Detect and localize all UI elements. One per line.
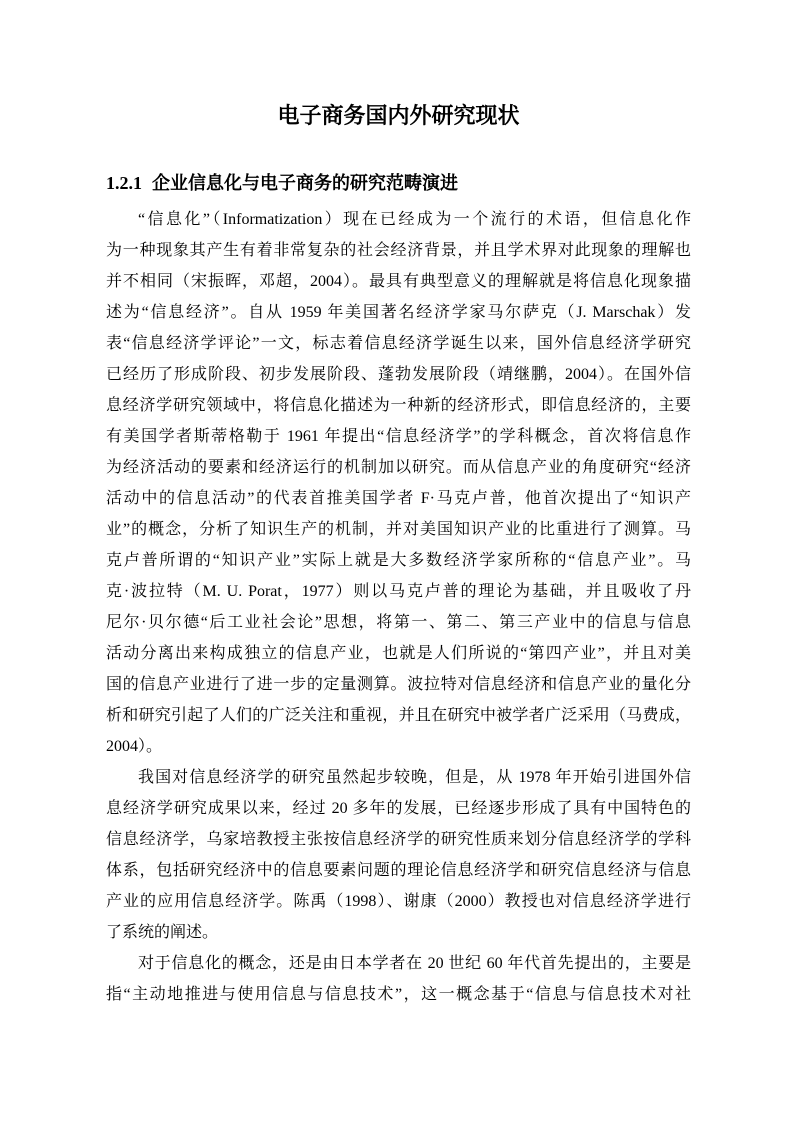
text-line: 并不相同（宋振晖，邓超，2004）。最具有典型意义的理解就是将信息化现象描 [106, 266, 691, 297]
text-line: 我国对信息经济学的研究虽然起步较晚，但是，从 1978 年开始引进国外信 [106, 762, 691, 793]
text-line: 信息经济学，乌家培教授主张按信息经济学的研究性质来划分信息经济学的学科 [106, 824, 691, 855]
text-line: 息经济学研究成果以来，经过 20 多年的发展，已经逐步形成了具有中国特色的 [106, 793, 691, 824]
text-line: “信息化”（Informatization）现在已经成为一个流行的术语，但信息化… [106, 204, 691, 235]
text-line: 活动分离出来构成独立的信息产业，也就是人们所说的“第四产业”，并且对美 [106, 638, 691, 669]
section-number: 1.2.1 [106, 173, 142, 193]
text-line: 体系，包括研究经济中的信息要素问题的理论信息经济学和研究信息经济与信息 [106, 855, 691, 886]
text-line: 息经济学研究领域中，将信息化描述为一种新的经济形式，即信息经济的，主要 [106, 390, 691, 421]
text-line: 国的信息产业进行了进一步的定量测算。波拉特对信息经济和信息产业的量化分 [106, 669, 691, 700]
text-line: 产业的应用信息经济学。陈禹（1998）、谢康（2000）教授也对信息经济学进行 [106, 886, 691, 917]
text-line: 2004）。 [106, 731, 691, 762]
text-line: 业”的概念，分析了知识生产的机制，并对美国知识产业的比重进行了测算。马 [106, 514, 691, 545]
text-line: 对于信息化的概念，还是由日本学者在 20 世纪 60 年代首先提出的，主要是 [106, 948, 691, 979]
document-page: 电子商务国内外研究现状 1.2.1企业信息化与电子商务的研究范畴演进 “信息化”… [0, 0, 793, 1122]
text-line: 活动中的信息活动”的代表首推美国学者 F·马克卢普，他首次提出了“知识产 [106, 483, 691, 514]
page-title: 电子商务国内外研究现状 [106, 101, 691, 131]
paragraph: 对于信息化的概念，还是由日本学者在 20 世纪 60 年代首先提出的，主要是指“… [106, 948, 691, 1010]
text-line: 析和研究引起了人们的广泛关注和重视，并且在研究中被学者广泛采用（马费成， [106, 700, 691, 731]
text-line: 尼尔·贝尔德“后工业社会论”思想，将第一、第二、第三产业中的信息与信息 [106, 607, 691, 638]
text-line: 述为“信息经济”。自从 1959 年美国著名经济学家马尔萨克（J. Marsch… [106, 297, 691, 328]
document-body: “信息化”（Informatization）现在已经成为一个流行的术语，但信息化… [106, 204, 691, 1010]
section-title: 企业信息化与电子商务的研究范畴演进 [152, 173, 458, 193]
text-line: 已经历了形成阶段、初步发展阶段、蓬勃发展阶段（靖继鹏，2004）。在国外信 [106, 359, 691, 390]
paragraph: 我国对信息经济学的研究虽然起步较晚，但是，从 1978 年开始引进国外信息经济学… [106, 762, 691, 948]
text-line: 克卢普所谓的“知识产业”实际上就是大多数经济学家所称的“信息产业”。马 [106, 545, 691, 576]
text-line: 了系统的阐述。 [106, 917, 691, 948]
text-line: 表“信息经济学评论”一文，标志着信息经济学诞生以来，国外信息经济学研究 [106, 328, 691, 359]
text-line: 指“主动地推进与使用信息与信息技术”，这一概念基于“信息与信息技术对社 [106, 979, 691, 1010]
text-line: 为一种现象其产生有着非常复杂的社会经济背景，并且学术界对此现象的理解也 [106, 235, 691, 266]
text-line: 有美国学者斯蒂格勒于 1961 年提出“信息经济学”的学科概念，首次将信息作 [106, 421, 691, 452]
text-line: 为经济活动的要素和经济运行的机制加以研究。而从信息产业的角度研究“经济 [106, 452, 691, 483]
text-line: 克·波拉特（M. U. Porat，1977）则以马克卢普的理论为基础，并且吸收… [106, 576, 691, 607]
section-heading: 1.2.1企业信息化与电子商务的研究范畴演进 [106, 171, 691, 195]
paragraph: “信息化”（Informatization）现在已经成为一个流行的术语，但信息化… [106, 204, 691, 762]
